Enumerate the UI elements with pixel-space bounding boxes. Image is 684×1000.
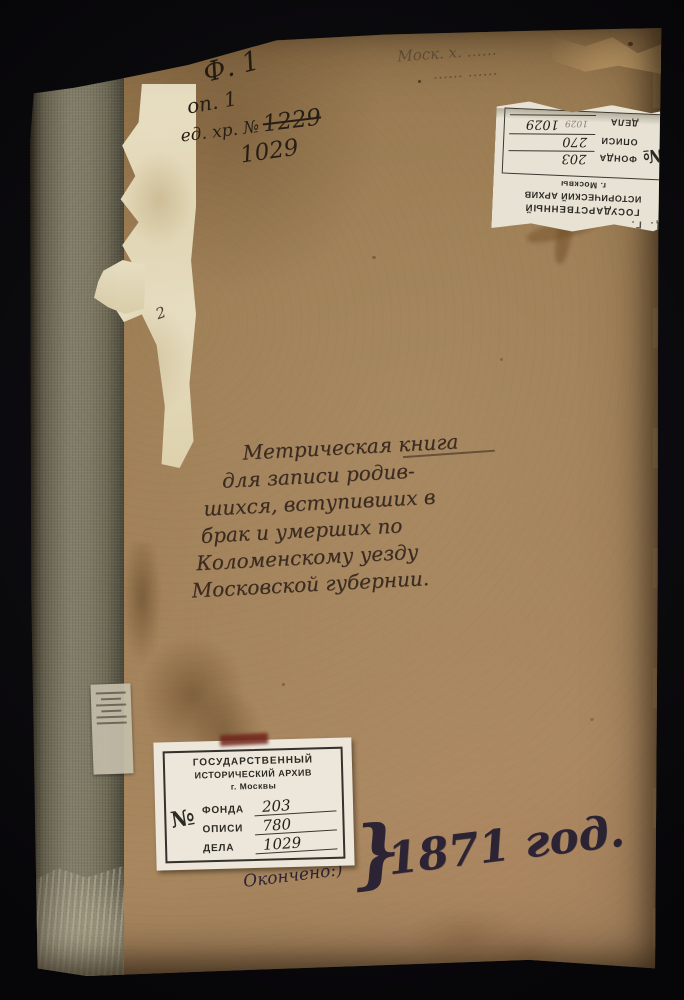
speck — [282, 683, 285, 686]
row-label: ОПИСИ — [595, 135, 637, 147]
row-value-handwritten: 270 — [509, 133, 596, 148]
row-label: ФОНДА — [595, 152, 637, 164]
speck — [500, 358, 503, 361]
row-label: ФОНДА — [202, 804, 254, 816]
numero-sign: № — [639, 118, 663, 167]
numero-sign: № — [169, 804, 201, 856]
faint-pencil-note: Моск. х. …… …… …… — [397, 41, 499, 86]
label-row-fond: ФОНДА 203 — [508, 149, 637, 169]
inventory-inscription: Ф. 1 оп. 1 ед. хр. №1229 1029 — [180, 44, 322, 163]
title-inscription: Метрическая книга для записи родив- шихс… — [184, 425, 522, 604]
archive-label: ГОСУДАРСТВЕННЫЙ ИСТОРИЧЕСКИЙ АРХИВ г. Мо… — [153, 737, 354, 870]
label-row-opis: ОПИСИ 780 — [202, 816, 336, 836]
speck — [372, 256, 376, 259]
label-title: ГОСУДАРСТВЕННЫЙ ИСТОРИЧЕСКИЙ АРХИВ г. Мо… — [171, 754, 336, 793]
label-row-fond: ФОНДА 203 — [202, 797, 336, 817]
label-row-delo: ДЕЛА 1029 — [203, 835, 337, 855]
row-label: ДЕЛА — [203, 842, 255, 854]
row-label: ОПИСИ — [202, 823, 254, 835]
label-border-box: ГОСУДАРСТВЕННЫЙ ИСТОРИЧЕСКИЙ АРХИВ г. Мо… — [163, 747, 346, 864]
speck — [590, 718, 594, 721]
row-value-handwritten: 203 — [508, 150, 595, 165]
label-title: ГОСУДАРСТВЕННЫЙ ИСТОРИЧЕСКИЙ АРХИВ г. Мо… — [500, 176, 665, 218]
book-cover: 2 Ф. 1 оп. 1 ед. хр. №1229 1029 Моск. х. — [30, 28, 662, 976]
photo-background: 2 Ф. 1 оп. 1 ед. хр. №1229 1029 Моск. х. — [0, 0, 684, 1000]
book-spine-cloth — [30, 28, 124, 976]
label-row-opis: ОПИСИ 270 — [509, 132, 638, 152]
spine-fray — [30, 856, 124, 976]
faint-stain — [390, 888, 580, 998]
archive-label-upside-down: Ц. Г. ГОСУДАРСТВЕННЫЙ ИСТОРИЧЕСКИЙ АРХИВ… — [491, 100, 676, 236]
row-value-handwritten: 1029 — [255, 833, 338, 854]
speck — [628, 42, 633, 46]
row-value-handwritten: 780 — [254, 814, 337, 835]
label-title-line: г. Москвы — [171, 779, 335, 793]
row-value-handwritten: 203 — [254, 795, 337, 816]
